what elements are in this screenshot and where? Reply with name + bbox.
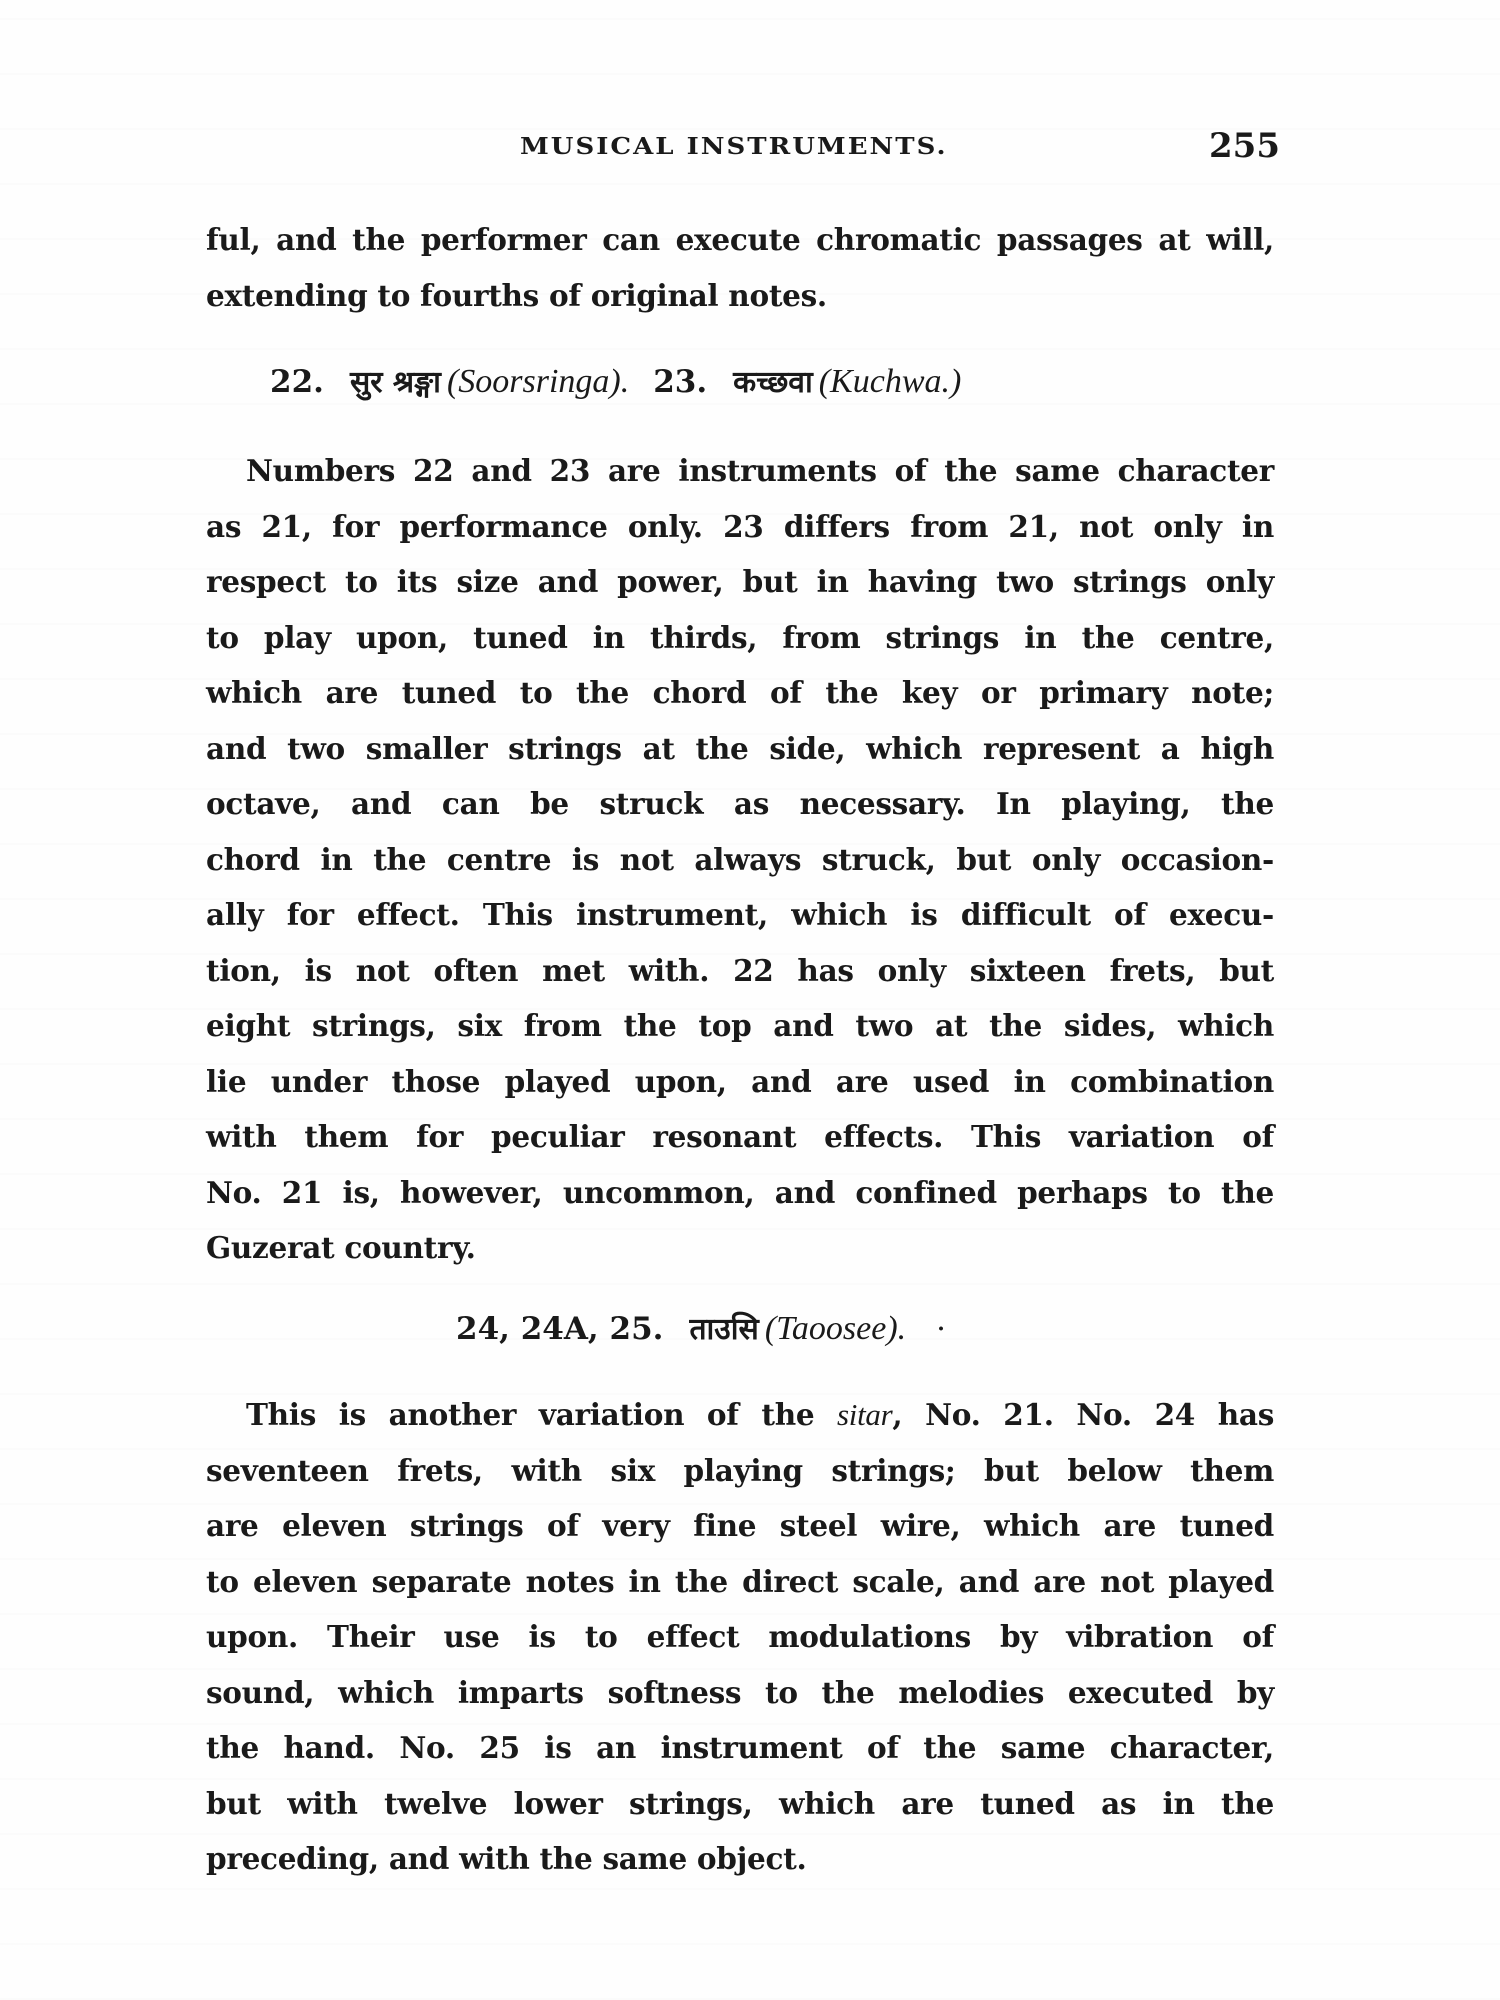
devanagari-name: ताउसि bbox=[689, 1312, 758, 1347]
text-line: but with twelve lower strings, which are… bbox=[206, 1776, 1274, 1832]
text-line: respect to its size and power, but in ha… bbox=[206, 554, 1274, 610]
transliterated-name: (Kuchwa.) bbox=[819, 363, 962, 400]
text-line: seventeen frets, with six playing string… bbox=[206, 1443, 1274, 1499]
running-title: MUSICAL INSTRUMENTS. bbox=[520, 134, 948, 161]
text-line: eight strings, six from the top and two … bbox=[206, 998, 1274, 1054]
item-number: 23. bbox=[653, 364, 707, 400]
stray-mark: · bbox=[936, 1311, 946, 1347]
item-numbers: 24, 24A, 25. bbox=[456, 1311, 663, 1347]
devanagari-name: सुर श्रङ्गा bbox=[350, 365, 441, 400]
text-line: are eleven strings of very fine steel wi… bbox=[206, 1498, 1274, 1554]
text-line: octave, and can be struck as necessary. … bbox=[206, 776, 1274, 832]
text-line: the hand. No. 25 is an instrument of the… bbox=[206, 1720, 1274, 1776]
text-line: preceding, and with the same object. bbox=[206, 1831, 1274, 1887]
text-line: extending to fourths of original notes. bbox=[206, 268, 1274, 324]
text-line: lie under those played upon, and are use… bbox=[206, 1054, 1274, 1110]
book-page: MUSICAL INSTRUMENTS. 255 ful, and the pe… bbox=[0, 0, 1500, 2000]
paragraph-continued: ful, and the performer can execute chrom… bbox=[206, 212, 1274, 323]
text-line: ful, and the performer can execute chrom… bbox=[206, 212, 1274, 268]
item-number: 22. bbox=[270, 364, 324, 400]
transliterated-name: (Taoosee). bbox=[765, 1310, 906, 1347]
text-line: tion, is not often met with. 22 has only… bbox=[206, 943, 1274, 999]
text-line: No. 21 is, however, uncommon, and confin… bbox=[206, 1165, 1274, 1221]
text-line: to play upon, tuned in thirds, from stri… bbox=[206, 610, 1274, 666]
page-number: 255 bbox=[1209, 126, 1280, 166]
text-line: to eleven separate notes in the direct s… bbox=[206, 1554, 1274, 1610]
text-line: This is another variation of the sitar, … bbox=[206, 1387, 1274, 1443]
transliterated-name: (Soorsringa). bbox=[447, 363, 629, 400]
text-line: with them for peculiar resonant effects.… bbox=[206, 1109, 1274, 1165]
text-line: upon. Their use is to effect modulations… bbox=[206, 1609, 1274, 1665]
text-line: as 21, for performance only. 23 differs … bbox=[206, 499, 1274, 555]
paragraph-22-23: Numbers 22 and 23 are instruments of the… bbox=[206, 443, 1274, 1276]
section-heading-22-23: 22.सुर श्रङ्गा(Soorsringa).23.कच्छवा(Kuc… bbox=[270, 360, 961, 401]
text-line: and two smaller strings at the side, whi… bbox=[206, 721, 1274, 777]
text-line: Numbers 22 and 23 are instruments of the… bbox=[206, 443, 1274, 499]
text-line: ally for effect. This instrument, which … bbox=[206, 887, 1274, 943]
text-line: sound, which imparts softness to the mel… bbox=[206, 1665, 1274, 1721]
devanagari-name: कच्छवा bbox=[733, 365, 813, 400]
italic-term: sitar bbox=[837, 1397, 892, 1432]
text-line: Guzerat country. bbox=[206, 1220, 1274, 1276]
section-heading-24-25: 24, 24A, 25.ताउसि(Taoosee).· bbox=[456, 1307, 946, 1348]
text-line: which are tuned to the chord of the key … bbox=[206, 665, 1274, 721]
running-head: MUSICAL INSTRUMENTS. 255 bbox=[210, 126, 1280, 176]
text-line: chord in the centre is not always struck… bbox=[206, 832, 1274, 888]
paragraph-24-25: This is another variation of the sitar, … bbox=[206, 1387, 1274, 1887]
